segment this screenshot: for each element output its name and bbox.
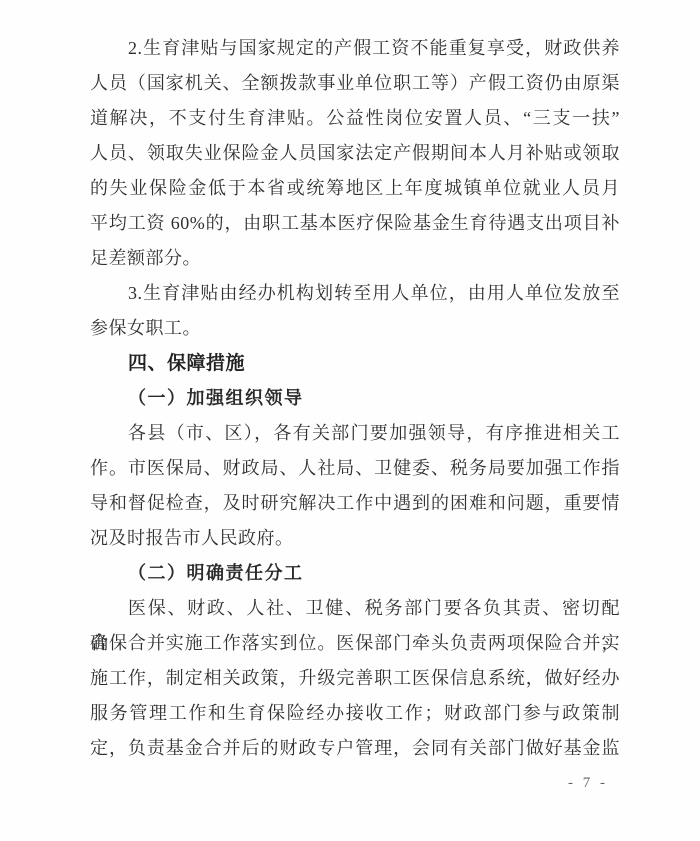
paragraph-line: 医保、财政、人社、卫健、税务部门要各负其责、密切配合， [90,591,620,626]
paragraph-line: 参保女职工。 [90,311,620,346]
paragraph-line: 服务管理工作和生育保险经办接收工作；财政部门参与政策制 [90,696,620,731]
paragraph-line: 人员、领取失业保险金人员国家法定产假期间本人月补贴或领取 [90,136,620,171]
paragraph-line: 况及时报告市人民政府。 [90,521,620,556]
subsection-heading: （二）明确责任分工 [90,556,620,591]
paragraph-line: 的失业保险金低于本省或统筹地区上年度城镇单位就业人员月 [90,171,620,206]
paragraph-line: 施工作，制定相关政策，升级完善职工医保信息系统，做好经办 [90,661,620,696]
document-page: 2.生育津贴与国家规定的产假工资不能重复享受，财政供养 人员（国家机关、全额拨款… [0,0,700,841]
paragraph-line: 各县（市、区），各有关部门要加强领导，有序推进相关工 [90,416,620,451]
paragraph-line: 平均工资 60%的，由职工基本医疗保险基金生育待遇支出项目补 [90,206,620,241]
section-heading: 四、保障措施 [90,346,620,381]
paragraph-line: 确保合并实施工作落实到位。医保部门牵头负责两项保险合并实 [90,626,620,661]
paragraph-line: 人员（国家机关、全额拨款事业单位职工等）产假工资仍由原渠 [90,66,620,101]
paragraph-line: 定，负责基金合并后的财政专户管理，会同有关部门做好基金监 [90,731,620,766]
paragraph-line: 作。市医保局、财政局、人社局、卫健委、税务局要加强工作指 [90,451,620,486]
paragraph-line: 3.生育津贴由经办机构划转至用人单位，由用人单位发放至 [90,276,620,311]
page-number: - 7 - [90,768,620,798]
paragraph-line: 足差额部分。 [90,241,620,276]
document-text-block: 2.生育津贴与国家规定的产假工资不能重复享受，财政供养 人员（国家机关、全额拨款… [90,31,620,798]
subsection-heading: （一）加强组织领导 [90,381,620,416]
paragraph-line: 道解决，不支付生育津贴。公益性岗位安置人员、“三支一扶” [90,101,620,136]
paragraph-line: 2.生育津贴与国家规定的产假工资不能重复享受，财政供养 [90,31,620,66]
paragraph-line: 导和督促检查，及时研究解决工作中遇到的困难和问题，重要情 [90,486,620,521]
